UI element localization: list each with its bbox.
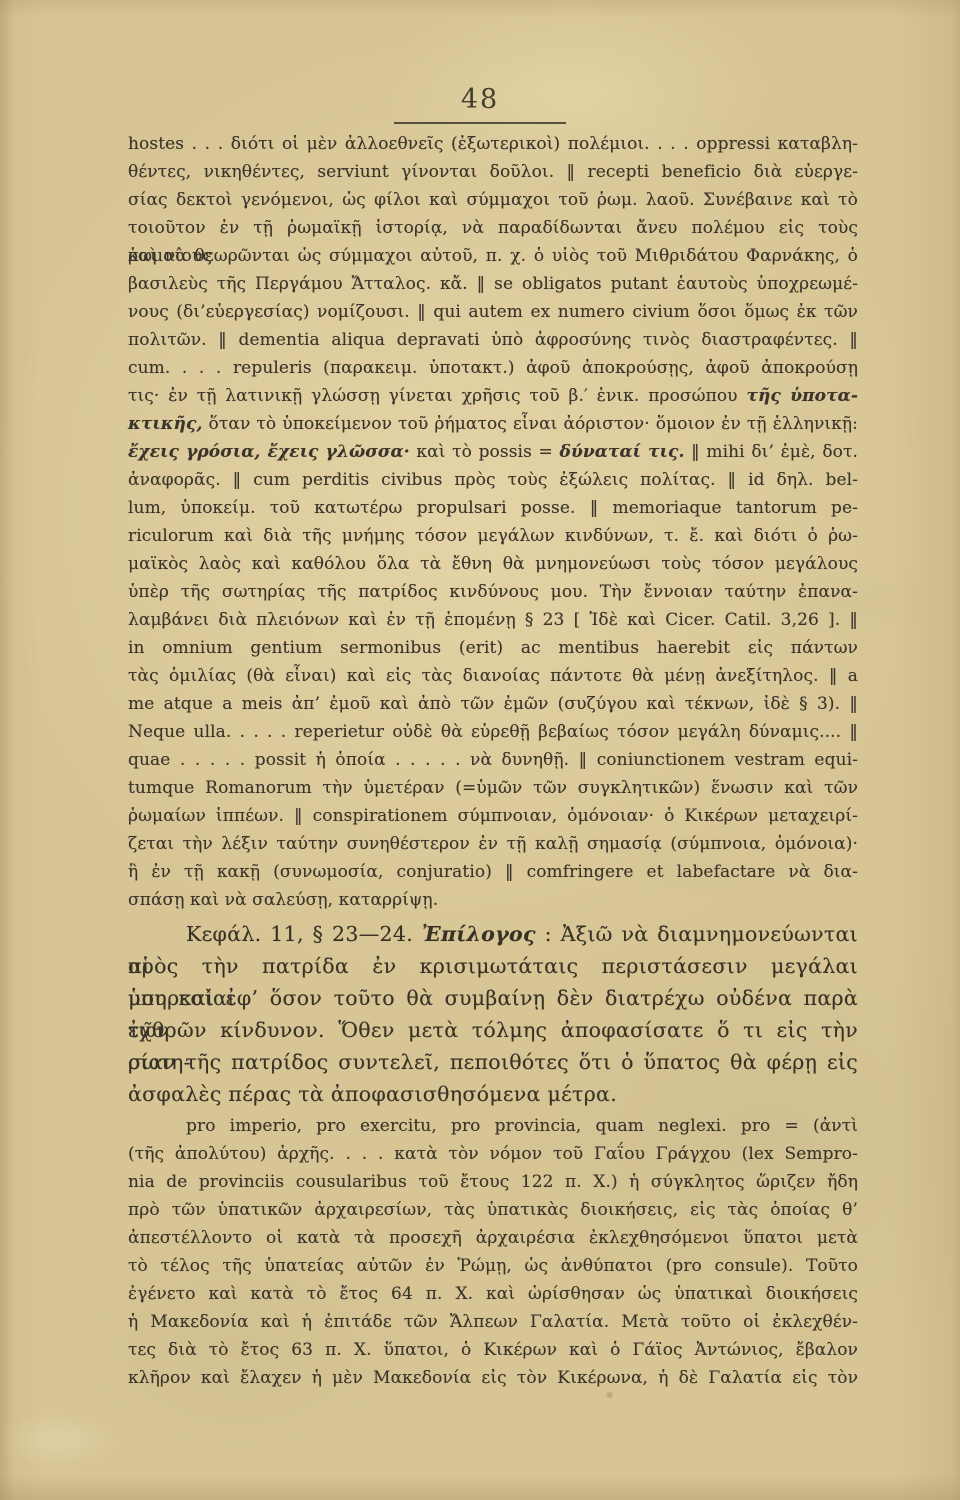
page-number-text: 48 xyxy=(461,84,499,115)
emphasized-text: Ἐπίλογος xyxy=(422,922,536,946)
text-segment: ρίαν τῆς πατρίδος συντελεῖ, πεποιθότες ὅ… xyxy=(128,1050,858,1074)
text-line: πολιτῶν. ‖ dementia aliqua depravati ὑπὸ… xyxy=(128,326,858,354)
text-line: ἀσφαλὲς πέρας τὰ ἀποφασισθησόμενα μέτρα. xyxy=(128,1078,858,1110)
emphasized-text: τῆς ὑποτα- xyxy=(746,386,858,406)
text-segment: βασιλεὺς τῆς Περγάμου Ἄτταλος. κἄ. ‖ se … xyxy=(128,274,858,294)
text-line: ἐγένετο καὶ κατὰ τὸ ἔτος 64 π. Χ. καὶ ὡρ… xyxy=(128,1280,858,1308)
text-segment: ζεται τὴν λέξιν ταύτην συνηθέστερον ἐν τ… xyxy=(128,834,858,854)
section-commentary-bottom: pro imperio, pro exercitu, pro provincia… xyxy=(128,1112,858,1392)
text-line: πρὸς τὴν πατρίδα ἐν κρισιμωτάταις περιστ… xyxy=(128,950,858,982)
text-line: τις· ἐν τῇ λατινικῇ γλώσσῃ γίνεται χρῆσι… xyxy=(128,382,858,410)
text-segment: ἡ Μακεδονία καὶ ἡ ἐπιτάδε τῶν Ἄλπεων Γαλ… xyxy=(128,1312,858,1332)
text-line: nia de provinciis cousularibus τοῦ ἔτους… xyxy=(128,1168,858,1196)
text-segment: ἀσφαλὲς πέρας τὰ ἀποφασισθησόμενα μέτρα. xyxy=(128,1082,617,1106)
text-segment: ἀπεστέλλοντο οἱ κατὰ τὰ προσεχῆ ἀρχαιρέσ… xyxy=(128,1228,858,1248)
text-line: κλῆρον καὶ ἔλαχεν ἡ μὲν Μακεδονία εἰς τὸ… xyxy=(128,1364,858,1392)
text-segment: Neque ulla. . . . . reperietur οὐδὲ θὰ ε… xyxy=(128,722,858,742)
text-segment: κλῆρον καὶ ἔλαχεν ἡ μὲν Μακεδονία εἰς τὸ… xyxy=(128,1368,858,1388)
text-line: κτικῆς, ὅταν τὸ ὑποκείμενον τοῦ ῥήματος … xyxy=(128,410,858,438)
text-segment: lum, ὑποκείμ. τοῦ κατωτέρω propulsari po… xyxy=(128,498,858,518)
text-line: καὶ νὰ θεωρῶνται ὡς σύμμαχοι αὐτοῦ, π. χ… xyxy=(128,242,858,270)
text-line: tumque Romanorum τὴν ὑμετέραν (=ὑμῶν τῶν… xyxy=(128,774,858,802)
text-line: ῥωμαίων ἱππέων. ‖ conspirationem σύμπνοι… xyxy=(128,802,858,830)
text-segment: ‖ mihi δι’ ἐμὲ, δοτ. xyxy=(684,442,858,462)
text-segment: hostes . . . διότι οἱ μὲν ἀλλοεθνεῖς (ἐξ… xyxy=(128,134,858,154)
emphasized-text: δύναταί τις. xyxy=(560,442,685,462)
text-line: lum, ὑποκείμ. τοῦ κατωτέρω propulsari po… xyxy=(128,494,858,522)
text-line: σίας δεκτοὶ γενόμενοι, ὡς φίλοι καὶ σύμμ… xyxy=(128,186,858,214)
text-segment: θέντες, νικηθέντες, serviunt γίνονται δο… xyxy=(128,162,858,182)
text-segment: ὅταν τὸ ὑποκείμενον τοῦ ῥήματος εἶναι ἀό… xyxy=(202,414,858,434)
text-line: ἀναφορᾶς. ‖ cum perditis civibus πρὸς το… xyxy=(128,466,858,494)
text-line: μου καὶ ἐφ’ ὅσον τοῦτο θὰ συμβαίνῃ δὲν δ… xyxy=(128,982,858,1014)
text-line: (τῆς ἀπολύτου) ἀρχῆς. . . . κατὰ τὸν νόμ… xyxy=(128,1140,858,1168)
text-segment: ἐγένετο καὶ κατὰ τὸ ἔτος 64 π. Χ. καὶ ὡρ… xyxy=(128,1284,858,1304)
section-commentary-top: hostes . . . διότι οἱ μὲν ἀλλοεθνεῖς (ἐξ… xyxy=(128,130,858,914)
text-line: ἡ Μακεδονία καὶ ἡ ἐπιτάδε τῶν Ἄλπεων Γαλ… xyxy=(128,1308,858,1336)
text-line: ζεται τὴν λέξιν ταύτην συνηθέστερον ἐν τ… xyxy=(128,830,858,858)
text-segment: τὰς ὁμιλίας (θὰ εἶναι) καὶ εἰς τὰς διανο… xyxy=(128,666,858,686)
text-line: ἔχεις γρόσια, ἔχεις γλῶσσα· καὶ τὸ possi… xyxy=(128,438,858,466)
text-line: λαμβάνει διὰ πλειόνων καὶ ἐν τῇ ἑπομένῃ … xyxy=(128,606,858,634)
book-page: 48 hostes . . . διότι οἱ μὲν ἀλλοεθνεῖς … xyxy=(0,0,960,1500)
text-segment: σίας δεκτοὶ γενόμενοι, ὡς φίλοι καὶ σύμμ… xyxy=(128,190,858,210)
text-segment: ἢ ἐν τῇ κακῇ (συνωμοσία, conjuratio) ‖ c… xyxy=(128,862,858,882)
text-segment: πρὸ τῶν ὑπατικῶν ἀρχαιρεσίων, τὰς ὑπατικ… xyxy=(128,1200,858,1220)
text-line: τὰς ὁμιλίας (θὰ εἶναι) καὶ εἰς τὰς διανο… xyxy=(128,662,858,690)
section-epilogue: Κεφάλ. 11, § 23—24. Ἐπίλογος : Ἀξιῶ νὰ δ… xyxy=(128,918,858,1110)
text-line: ρίαν τῆς πατρίδος συντελεῖ, πεποιθότες ὅ… xyxy=(128,1046,858,1078)
text-line: me atque a meis ἀπ’ ἐμοῦ καὶ ἀπὸ τῶν ἐμῶ… xyxy=(128,690,858,718)
page-number: 48 xyxy=(394,84,566,124)
text-segment: τὸ τέλος τῆς ὑπατείας αὐτῶν ἐν Ῥώμῃ, ὡς … xyxy=(128,1256,858,1276)
text-line: τὸ τέλος τῆς ὑπατείας αὐτῶν ἐν Ῥώμῃ, ὡς … xyxy=(128,1252,858,1280)
text-block: hostes . . . διότι οἱ μὲν ἀλλοεθνεῖς (ἐξ… xyxy=(128,130,858,1392)
text-segment: cum. . . . repuleris (παρακειμ. ὑποτακτ.… xyxy=(128,358,858,378)
text-line: quae . . . . . possit ἡ ὁποία . . . . . … xyxy=(128,746,858,774)
text-segment: ἀναφορᾶς. ‖ cum perditis civibus πρὸς το… xyxy=(128,470,858,490)
text-line: pro imperio, pro exercitu, pro provincia… xyxy=(128,1112,858,1140)
text-segment: riculorum καὶ διὰ τῆς μνήμης τόσον μεγάλ… xyxy=(128,526,858,546)
text-line: Neque ulla. . . . . reperietur οὐδὲ θὰ ε… xyxy=(128,718,858,746)
text-line: βασιλεὺς τῆς Περγάμου Ἄτταλος. κἄ. ‖ se … xyxy=(128,270,858,298)
text-segment: λαμβάνει διὰ πλειόνων καὶ ἐν τῇ ἑπομένῃ … xyxy=(128,610,858,630)
text-segment: τις· ἐν τῇ λατινικῇ γλώσσῃ γίνεται χρῆσι… xyxy=(128,386,746,406)
text-segment: πολιτῶν. ‖ dementia aliqua depravati ὑπὸ… xyxy=(128,330,858,350)
text-segment: σπάσῃ καὶ νὰ σαλεύσῃ, καταρρίψῃ. xyxy=(128,890,438,910)
text-line: τες διὰ τὸ ἔτος 63 π. Χ. ὕπατοι, ὁ Κικέρ… xyxy=(128,1336,858,1364)
text-line: cum. . . . repuleris (παρακειμ. ὑποτακτ.… xyxy=(128,354,858,382)
text-line: ὑπὲρ τῆς σωτηρίας τῆς πατρίδος κινδύνους… xyxy=(128,578,858,606)
emphasized-text: κτικῆς, xyxy=(128,414,202,434)
text-line: πρὸ τῶν ὑπατικῶν ἀρχαιρεσίων, τὰς ὑπατικ… xyxy=(128,1196,858,1224)
text-segment: καὶ νὰ θεωρῶνται ὡς σύμμαχοι αὐτοῦ, π. χ… xyxy=(128,246,858,266)
text-segment: μαϊκὸς λαὸς καὶ καθόλου ὅλα τὰ ἔθνη θὰ μ… xyxy=(128,554,858,574)
text-segment: ὑπὲρ τῆς σωτηρίας τῆς πατρίδος κινδύνους… xyxy=(128,582,858,602)
text-line: ἀπεστέλλοντο οἱ κατὰ τὰ προσεχῆ ἀρχαιρέσ… xyxy=(128,1224,858,1252)
text-segment: νους (δι’εὐεργεσίας) νομίζουσι. ‖ qui au… xyxy=(128,302,858,322)
text-segment: in omnium gentium sermonibus (erit) ac m… xyxy=(128,638,858,658)
text-segment: nia de provinciis cousularibus τοῦ ἔτους… xyxy=(128,1172,858,1192)
text-segment: καὶ τὸ possis = xyxy=(410,442,560,462)
text-line: ἢ ἐν τῇ κακῇ (συνωμοσία, conjuratio) ‖ c… xyxy=(128,858,858,886)
text-line: ἐχθρῶν κίνδυνον. Ὅθεν μετὰ τόλμης ἀποφασ… xyxy=(128,1014,858,1046)
text-line: νους (δι’εὐεργεσίας) νομίζουσι. ‖ qui au… xyxy=(128,298,858,326)
text-segment: ῥωμαίων ἱππέων. ‖ conspirationem σύμπνοι… xyxy=(128,806,858,826)
text-segment: pro imperio, pro exercitu, pro provincia… xyxy=(186,1116,858,1136)
text-segment: Κεφάλ. 11, § 23—24. xyxy=(186,922,422,946)
text-line: hostes . . . διότι οἱ μὲν ἀλλοεθνεῖς (ἐξ… xyxy=(128,130,858,158)
text-line: τοιοῦτον ἐν τῇ ῥωμαϊκῇ ἱστορίᾳ, νὰ παραδ… xyxy=(128,214,858,242)
text-line: σπάσῃ καὶ νὰ σαλεύσῃ, καταρρίψῃ. xyxy=(128,886,858,914)
text-segment: τες διὰ τὸ ἔτος 63 π. Χ. ὕπατοι, ὁ Κικέρ… xyxy=(128,1340,858,1360)
text-segment: (τῆς ἀπολύτου) ἀρχῆς. . . . κατὰ τὸν νόμ… xyxy=(128,1144,858,1164)
text-line: in omnium gentium sermonibus (erit) ac m… xyxy=(128,634,858,662)
text-segment: quae . . . . . possit ἡ ὁποία . . . . . … xyxy=(128,750,858,770)
emphasized-text: ἔχεις γρόσια, ἔχεις γλῶσσα· xyxy=(128,442,410,462)
text-segment: me atque a meis ἀπ’ ἐμοῦ καὶ ἀπὸ τῶν ἐμῶ… xyxy=(128,694,858,714)
text-line: Κεφάλ. 11, § 23—24. Ἐπίλογος : Ἀξιῶ νὰ δ… xyxy=(128,918,858,950)
text-line: θέντες, νικηθέντες, serviunt γίνονται δο… xyxy=(128,158,858,186)
text-line: riculorum καὶ διὰ τῆς μνήμης τόσον μεγάλ… xyxy=(128,522,858,550)
text-line: μαϊκὸς λαὸς καὶ καθόλου ὅλα τὰ ἔθνη θὰ μ… xyxy=(128,550,858,578)
text-segment: tumque Romanorum τὴν ὑμετέραν (=ὑμῶν τῶν… xyxy=(128,778,858,798)
